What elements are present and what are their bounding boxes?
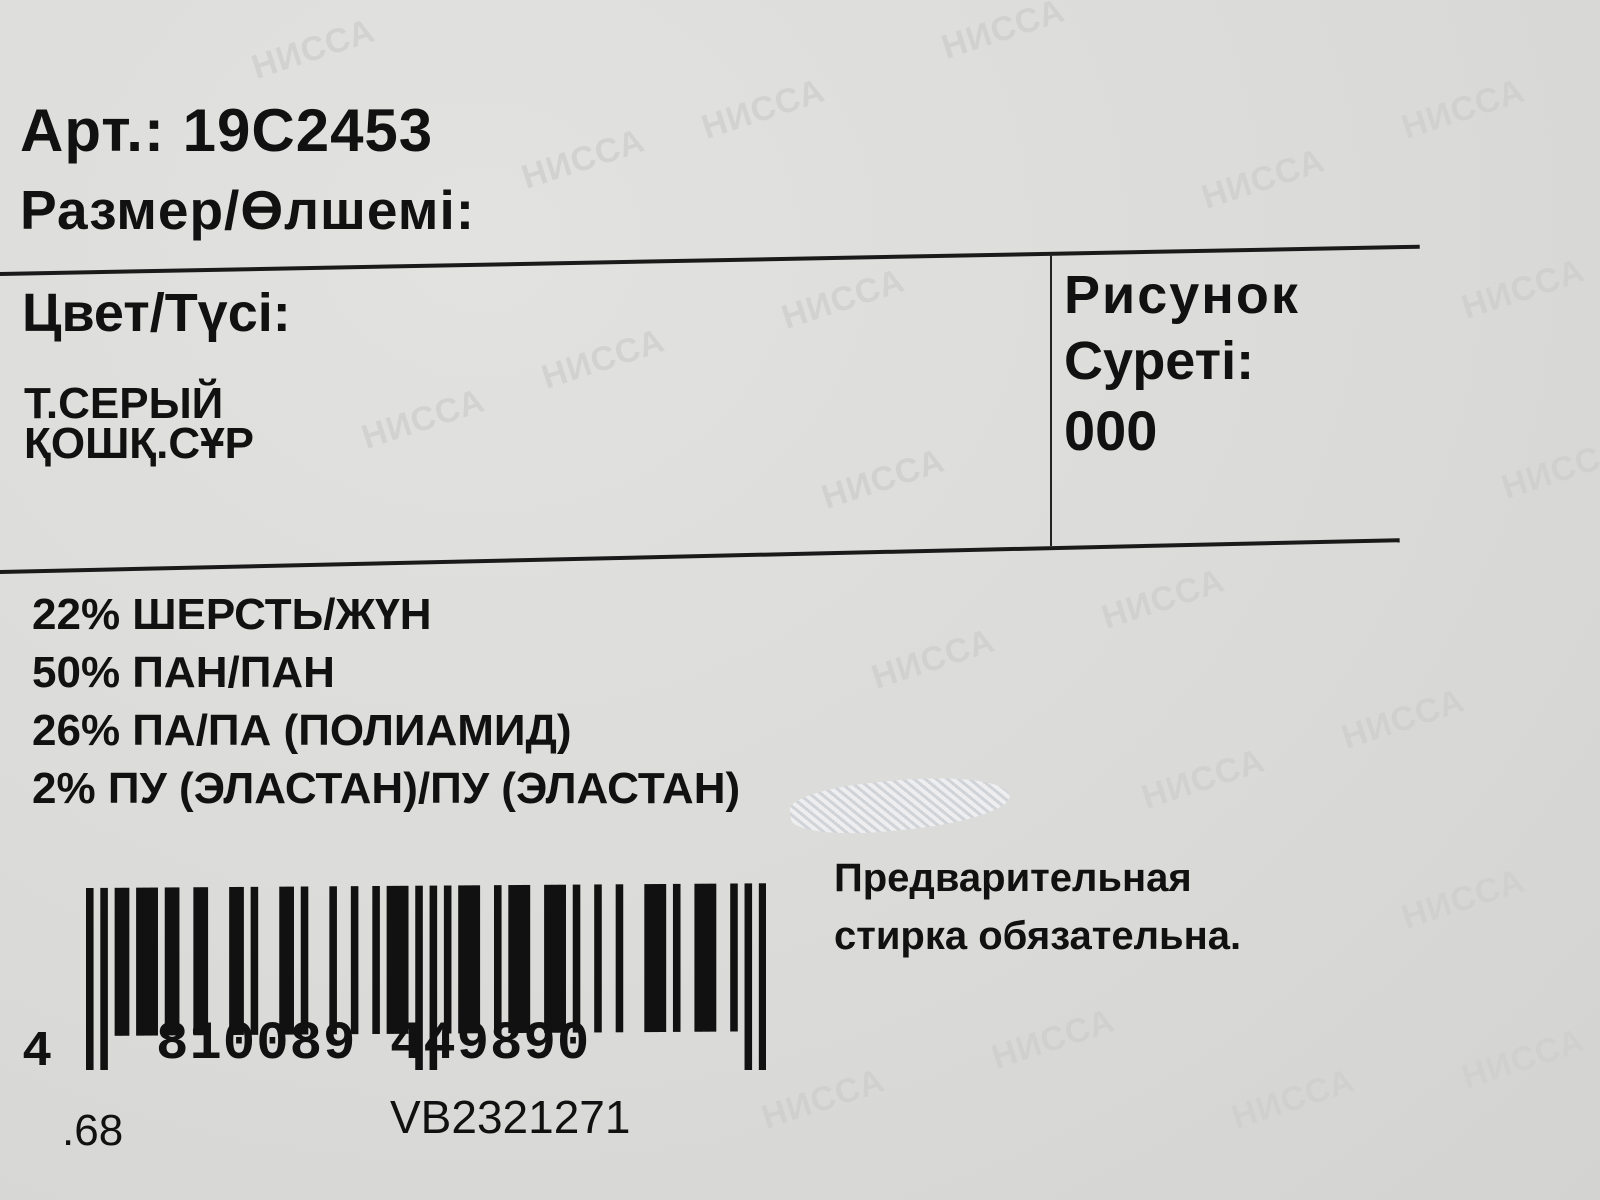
batch-number: VB2321271 (390, 1090, 630, 1144)
composition-line: 26% ПА/ПА (ПОЛИАМИД) (32, 706, 572, 756)
pattern-value: 000 (1064, 398, 1157, 463)
watermark: НИССА (1197, 141, 1330, 217)
watermark: НИССА (1337, 681, 1470, 757)
watermark: НИССА (757, 1061, 890, 1137)
pattern-label-ru: Рисунок (1064, 264, 1300, 326)
watermark: НИССА (1457, 251, 1590, 327)
color-label: Цвет/Түсі: (22, 282, 291, 344)
article-label: Арт.: (20, 97, 165, 164)
watermark: НИССА (777, 261, 910, 337)
watermark: НИССА (937, 0, 1070, 68)
divider-line (0, 538, 1400, 574)
care-note-line: стирка обязательна. (834, 914, 1241, 959)
watermark: НИССА (1497, 431, 1600, 507)
vertical-divider (1050, 254, 1052, 546)
clothing-label: НИССА НИССА НИССА НИССА НИССА НИССА НИСС… (0, 0, 1600, 1200)
watermark: НИССА (817, 441, 950, 517)
watermark: НИССА (1457, 1021, 1590, 1097)
size-label: Размер/Өлшемі: (20, 178, 475, 242)
composition-line: 50% ПАН/ПАН (32, 648, 335, 698)
watermark: НИССА (867, 621, 1000, 697)
barcode-digits: 810089 449890 (156, 1014, 590, 1075)
watermark: НИССА (517, 121, 650, 197)
color-value-kz: ҚОШҚ.СҰР (24, 424, 254, 464)
pattern-label-kz: Суреті: (1064, 330, 1254, 392)
watermark: НИССА (1227, 1061, 1360, 1137)
fabric-tear (788, 769, 1012, 842)
price-code: .68 (62, 1106, 123, 1156)
watermark: НИССА (987, 1001, 1120, 1077)
watermark: НИССА (697, 71, 830, 147)
watermark: НИССА (1097, 561, 1230, 637)
watermark: НИССА (1397, 71, 1530, 147)
barcode-first-digit: 4 (22, 1024, 52, 1081)
care-note-line: Предварительная (834, 856, 1192, 901)
composition-line: 22% ШЕРСТЬ/ЖҮН (32, 590, 432, 640)
color-value-ru: Т.СЕРЫЙ (24, 384, 223, 424)
watermark: НИССА (357, 381, 490, 457)
article-line: Арт.: 19С2453 (20, 96, 433, 165)
watermark: НИССА (1137, 741, 1270, 817)
watermark: НИССА (537, 321, 670, 397)
composition-line: 2% ПУ (ЭЛАСТАН)/ПУ (ЭЛАСТАН) (32, 764, 740, 814)
article-value: 19С2453 (183, 97, 434, 164)
watermark: НИССА (1397, 861, 1530, 937)
watermark: НИССА (247, 11, 380, 87)
